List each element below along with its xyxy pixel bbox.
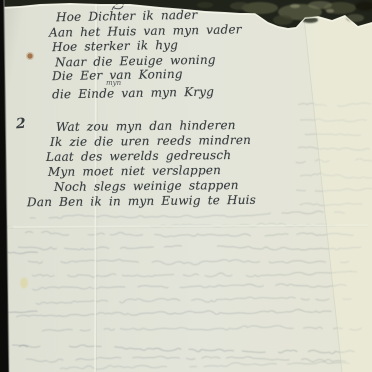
poem-line: Aan het Huis van myn vader xyxy=(49,23,242,38)
poem-line: Hoe sterker ik hyg xyxy=(52,39,178,53)
poem-line: Naar die Eeuige woning xyxy=(55,54,216,69)
handwriting-layer: Hoe Dichter ik nader Aan het Huis van my… xyxy=(0,0,372,372)
poem-line: Noch slegs weinige stappen xyxy=(54,179,239,193)
poem-line: Hoe Dichter ik nader xyxy=(56,9,198,23)
scanned-document-page: Hoe Dichter ik nader Aan het Huis van my… xyxy=(0,0,372,372)
poem-line: die Einde van myn Kryg xyxy=(52,86,214,101)
poem-line: Wat zou myn dan hinderen xyxy=(56,119,236,133)
poem-line: Laat des werelds gedreusch xyxy=(46,149,231,163)
poem-line: Myn moet niet verslappen xyxy=(48,164,221,178)
poem-line: Ik zie die uren reeds mindren xyxy=(50,134,251,148)
stanza-number: 2 xyxy=(15,116,26,133)
poem-line: Dan Ben ik in myn Euwig te Huis xyxy=(27,194,256,208)
